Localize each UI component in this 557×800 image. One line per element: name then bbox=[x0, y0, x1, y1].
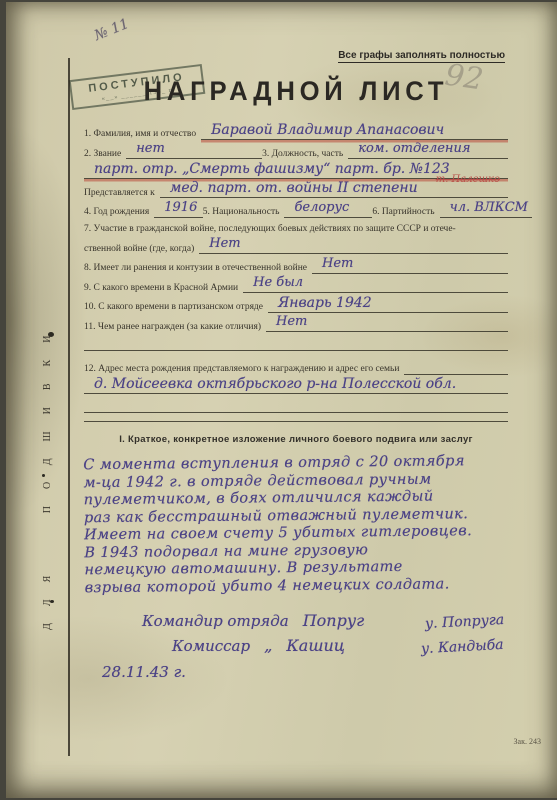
field-rank-label: 2. Звание bbox=[84, 149, 126, 159]
commander-label: Командир отряда bbox=[142, 612, 289, 630]
field-name-label: 1. Фамилия, имя и отчество bbox=[84, 129, 201, 139]
field-duty-value: ком. отделения bbox=[348, 142, 508, 159]
field-wounds-label: 8. Имеет ли ранения и контузии в отечест… bbox=[84, 263, 312, 273]
print-order-code: Зак. 243 bbox=[514, 737, 541, 746]
commissar-label: Комиссар bbox=[172, 637, 250, 655]
field-name-value: Баравой Владимир Апанасович bbox=[201, 123, 508, 140]
field-name: 1. Фамилия, имя и отчество Баравой Влади… bbox=[84, 120, 508, 140]
field-rank-value: нет bbox=[126, 142, 262, 159]
left-margin-rule bbox=[68, 58, 70, 756]
field-duty-continuation: парт. отр. „Смерть фашизму“ парт. бр. №1… bbox=[84, 159, 508, 179]
field-duty-label: 3. Должность, часть bbox=[262, 149, 348, 159]
field-war-participation-line2: ственной войне (где, когда) Нет bbox=[84, 235, 508, 255]
section1-heading: I. Краткое, конкретное изложение личного… bbox=[84, 434, 508, 445]
field-presented-label: Представляется к bbox=[84, 188, 160, 198]
field-red-army: 9. С какого времени в Красной Армии Не б… bbox=[84, 274, 508, 294]
field-partisan-since-label: 10. С какого времени в партизанском отря… bbox=[84, 302, 268, 312]
ink-speckle bbox=[48, 332, 54, 337]
field-nationality-value: белорус bbox=[284, 201, 372, 218]
filing-margin-note: ДЛЯ ПОДШИВКИ bbox=[42, 262, 53, 630]
page-title: НАГРАДНОЙ ЛИСТ bbox=[97, 76, 496, 107]
field-birthyear-value: 1916 bbox=[154, 201, 202, 218]
field-war-participation-label2: ственной войне (где, когда) bbox=[84, 244, 199, 254]
signature-block: Командир отряда Попруг у. Попруга Комисс… bbox=[84, 611, 508, 681]
commander-signature-row: Командир отряда Попруг у. Попруга bbox=[142, 611, 508, 630]
commissar-signature: у. Кандыба bbox=[421, 637, 504, 657]
signature-date: 28.11.43 г. bbox=[102, 663, 508, 681]
field-war-participation-line1: 7. Участие в гражданской войне, последую… bbox=[84, 218, 508, 235]
commander-name: Попруг bbox=[303, 611, 365, 630]
fill-all-fields-notice: Все графы заполнять полностью bbox=[338, 50, 505, 63]
field-address-lead bbox=[404, 358, 508, 375]
field-address: 12. Адрес места рождения представляемого… bbox=[84, 355, 508, 375]
field-war-participation-label1: 7. Участие в гражданской войне, последую… bbox=[84, 224, 461, 234]
commissar-name: Кашиц bbox=[286, 636, 345, 655]
commander-signature: у. Попруга bbox=[424, 612, 504, 632]
field-partisan-since-value: Январь 1942 bbox=[268, 296, 508, 313]
blank-rule bbox=[84, 394, 508, 413]
form-body: 1. Фамилия, имя и отчество Баравой Влади… bbox=[84, 120, 508, 681]
field-previous-awards: 11. Чем ранее награжден (за какие отличи… bbox=[84, 313, 508, 333]
ink-speckle bbox=[42, 474, 45, 477]
blank-rule bbox=[84, 413, 508, 422]
field-birth-nationality-party: 4. Год рождения 1916 5. Национальность б… bbox=[84, 198, 508, 218]
ditto-mark: „ bbox=[264, 636, 272, 655]
field-address-label: 12. Адрес места рождения представляемого… bbox=[84, 364, 404, 374]
field-address-value: д. Мойсеевка октябрьского р-на Полесской… bbox=[84, 377, 508, 394]
field-previous-awards-value: Нет bbox=[266, 315, 508, 332]
field-previous-awards-label: 11. Чем ранее награжден (за какие отличи… bbox=[84, 322, 266, 332]
citation-line: взрыва которой убито 4 немецких солдата. bbox=[85, 575, 509, 597]
field-red-army-label: 9. С какого времени в Красной Армии bbox=[84, 283, 243, 293]
scanned-award-sheet: № 11 ПОСТУПИЛО «__» ______ 194_ г. Все г… bbox=[6, 2, 557, 798]
field-red-army-value: Не был bbox=[243, 276, 508, 293]
commissar-signature-row: Комиссар „ Кашиц у. Кандыба bbox=[172, 636, 508, 655]
field-war-participation-value: Нет bbox=[199, 237, 508, 254]
field-birthyear-label: 4. Год рождения bbox=[84, 207, 154, 217]
field-nationality-label: 5. Национальность bbox=[203, 207, 285, 217]
field-party-label: 6. Партийность bbox=[372, 207, 439, 217]
field-wounds: 8. Имеет ли ранения и контузии в отечест… bbox=[84, 254, 508, 274]
field-partisan-since: 10. С какого времени в партизанском отря… bbox=[84, 293, 508, 313]
ink-speckle bbox=[50, 600, 54, 603]
field-address-value-row: д. Мойсеевка октябрьского р-на Полесской… bbox=[84, 375, 508, 395]
field-wounds-value: Нет bbox=[312, 257, 508, 274]
corner-handwritten-number: № 11 bbox=[92, 16, 131, 44]
citation-text: С момента вступления в отряд с 20 октябр… bbox=[83, 453, 508, 597]
field-rank-and-duty: 2. Звание нет 3. Должность, часть ком. о… bbox=[84, 140, 508, 160]
crossed-out-note: т. Палешко bbox=[436, 174, 500, 185]
blank-rule bbox=[84, 332, 508, 351]
field-party-value: чл. ВЛКСМ bbox=[440, 201, 532, 218]
